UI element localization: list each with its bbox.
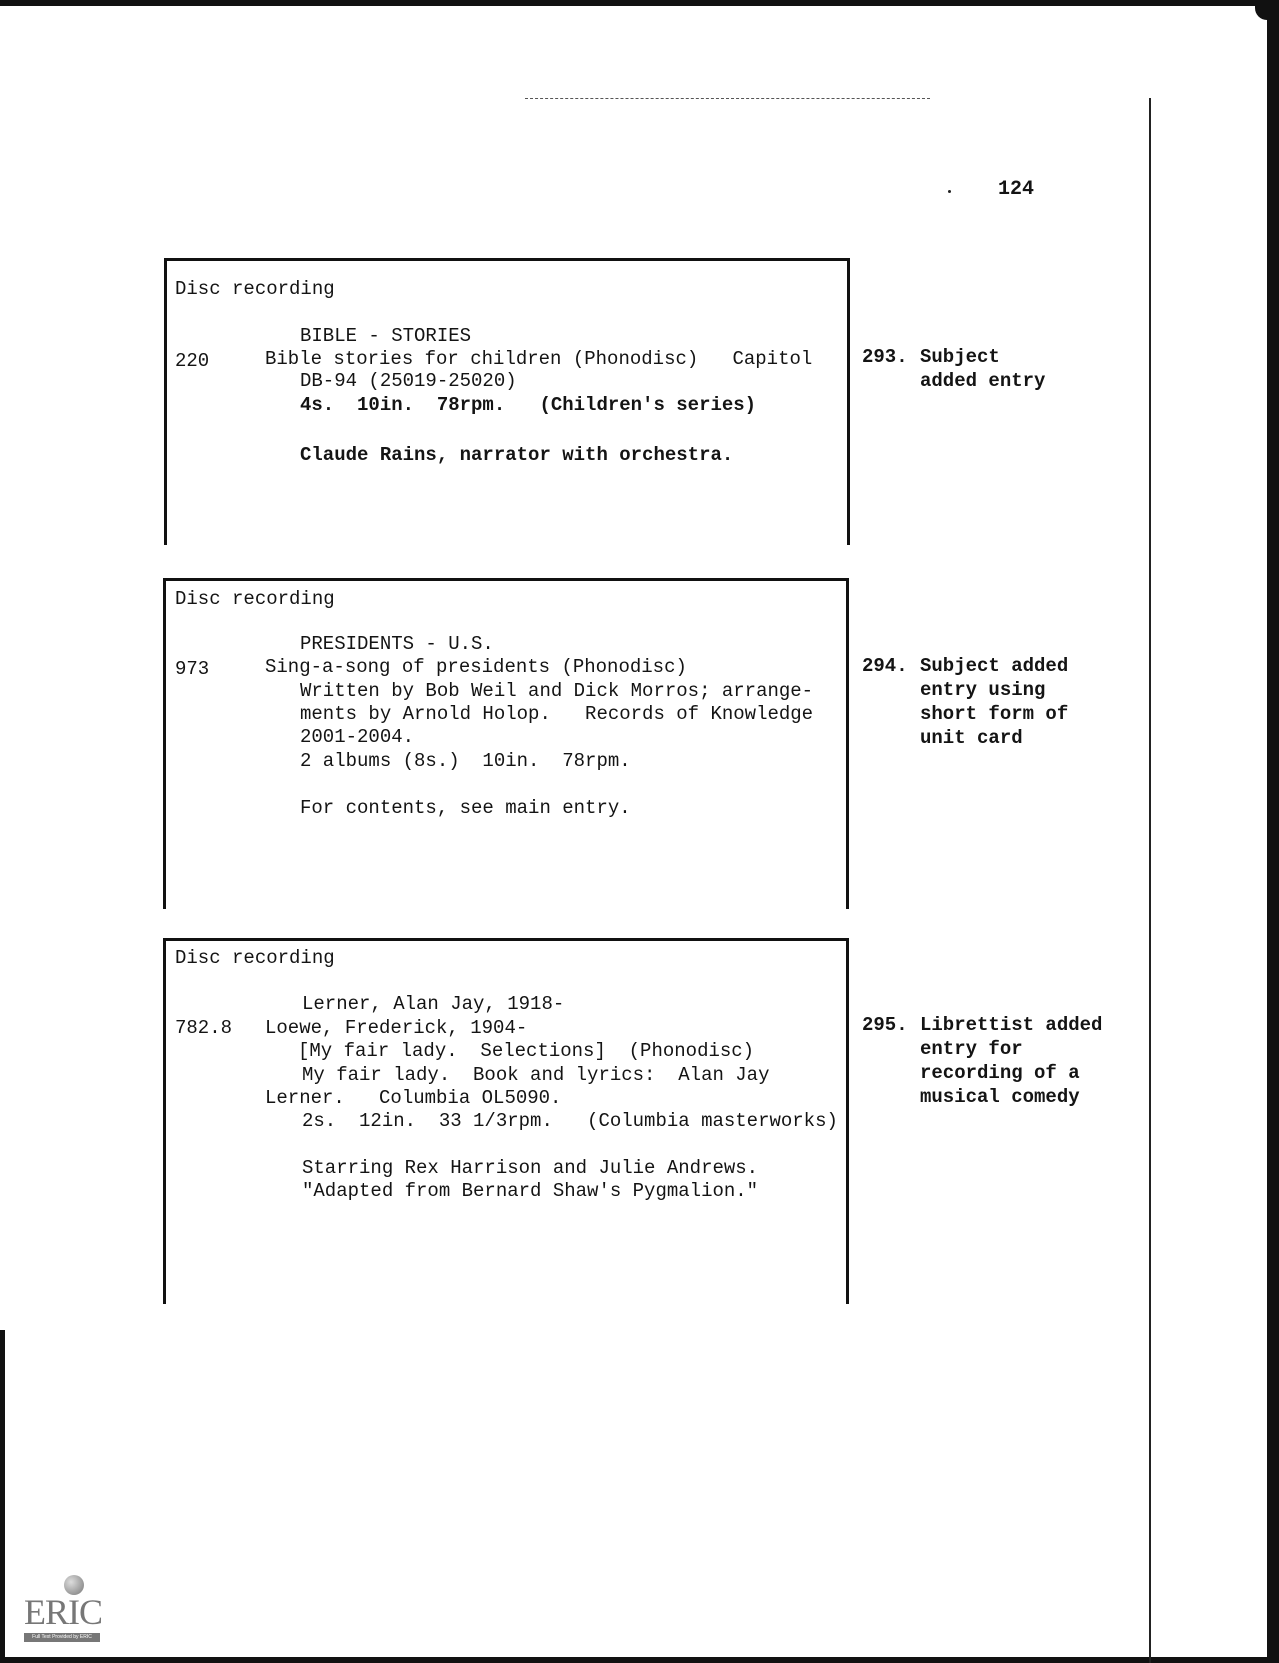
publisher-line: Lerner. Columbia OL5090.: [265, 1087, 561, 1109]
title-line: Sing-a-song of presidents (Phonodisc): [265, 656, 687, 678]
annotation-line: Subject added: [920, 654, 1068, 678]
page-number: 124: [998, 178, 1034, 201]
annotation-number: 294.: [862, 654, 908, 678]
author-line: Loewe, Frederick, 1904-: [265, 1017, 527, 1039]
annotation-line: Subject: [920, 345, 1000, 369]
eric-logo-text: ERIC: [24, 1591, 102, 1633]
call-number: 782.8: [175, 1017, 232, 1039]
physical-description: 4s. 10in. 78rpm. (Children's series): [300, 394, 756, 416]
call-number: 973: [175, 658, 209, 680]
subject-heading: BIBLE - STORIES: [300, 325, 471, 347]
call-number: 220: [175, 350, 209, 372]
catalog-line: 2001-2004.: [300, 726, 414, 748]
scan-edge-top: [0, 0, 1279, 6]
card-header: Disc recording: [175, 588, 335, 610]
title-line: My fair lady. Book and lyrics: Alan Jay: [302, 1064, 769, 1086]
scan-edge-right: [1267, 0, 1279, 1663]
annotation-number: 295.: [862, 1013, 908, 1037]
uniform-title: [My fair lady. Selections] (Phonodisc): [298, 1040, 754, 1062]
annotation-line: added entry: [920, 369, 1045, 393]
annotation-line: Librettist added: [920, 1013, 1102, 1037]
card-header: Disc recording: [175, 947, 335, 969]
annotation-number: 293.: [862, 345, 908, 369]
note-line: Starring Rex Harrison and Julie Andrews.: [302, 1157, 758, 1179]
note-line: Claude Rains, narrator with orchestra.: [300, 444, 733, 466]
margin-rule: [1149, 98, 1151, 1663]
statement-line: Written by Bob Weil and Dick Morros; arr…: [300, 680, 813, 702]
catalog-line: DB-94 (25019-25020): [300, 370, 517, 392]
scan-edge-left: [0, 1330, 5, 1663]
top-dashed-rule: [525, 98, 930, 99]
annotation-line: entry for: [920, 1037, 1023, 1061]
note-line: For contents, see main entry.: [300, 797, 631, 819]
catalog-card-973: [163, 578, 849, 909]
annotation-line: unit card: [920, 726, 1023, 750]
annotation-line: short form of: [920, 702, 1068, 726]
statement-line: ments by Arnold Holop. Records of Knowle…: [300, 703, 813, 725]
scan-edge-bottom: [0, 1657, 1279, 1663]
author-line: Lerner, Alan Jay, 1918-: [302, 993, 564, 1015]
physical-description: 2s. 12in. 33 1/3rpm. (Columbia masterwor…: [302, 1110, 838, 1132]
annotation-line: musical comedy: [920, 1085, 1080, 1109]
annotation-line: recording of a: [920, 1061, 1080, 1085]
physical-description: 2 albums (8s.) 10in. 78rpm.: [300, 750, 631, 772]
eric-logo: ERIC Full Text Provided by ERIC: [24, 1575, 104, 1645]
card-header: Disc recording: [175, 278, 335, 300]
note-line: "Adapted from Bernard Shaw's Pygmalion.": [302, 1180, 758, 1202]
title-line: Bible stories for children (Phonodisc) C…: [265, 348, 812, 370]
subject-heading: PRESIDENTS - U.S.: [300, 633, 494, 655]
stray-mark: [948, 190, 951, 193]
eric-tagline: Full Text Provided by ERIC: [24, 1633, 100, 1642]
annotation-line: entry using: [920, 678, 1045, 702]
